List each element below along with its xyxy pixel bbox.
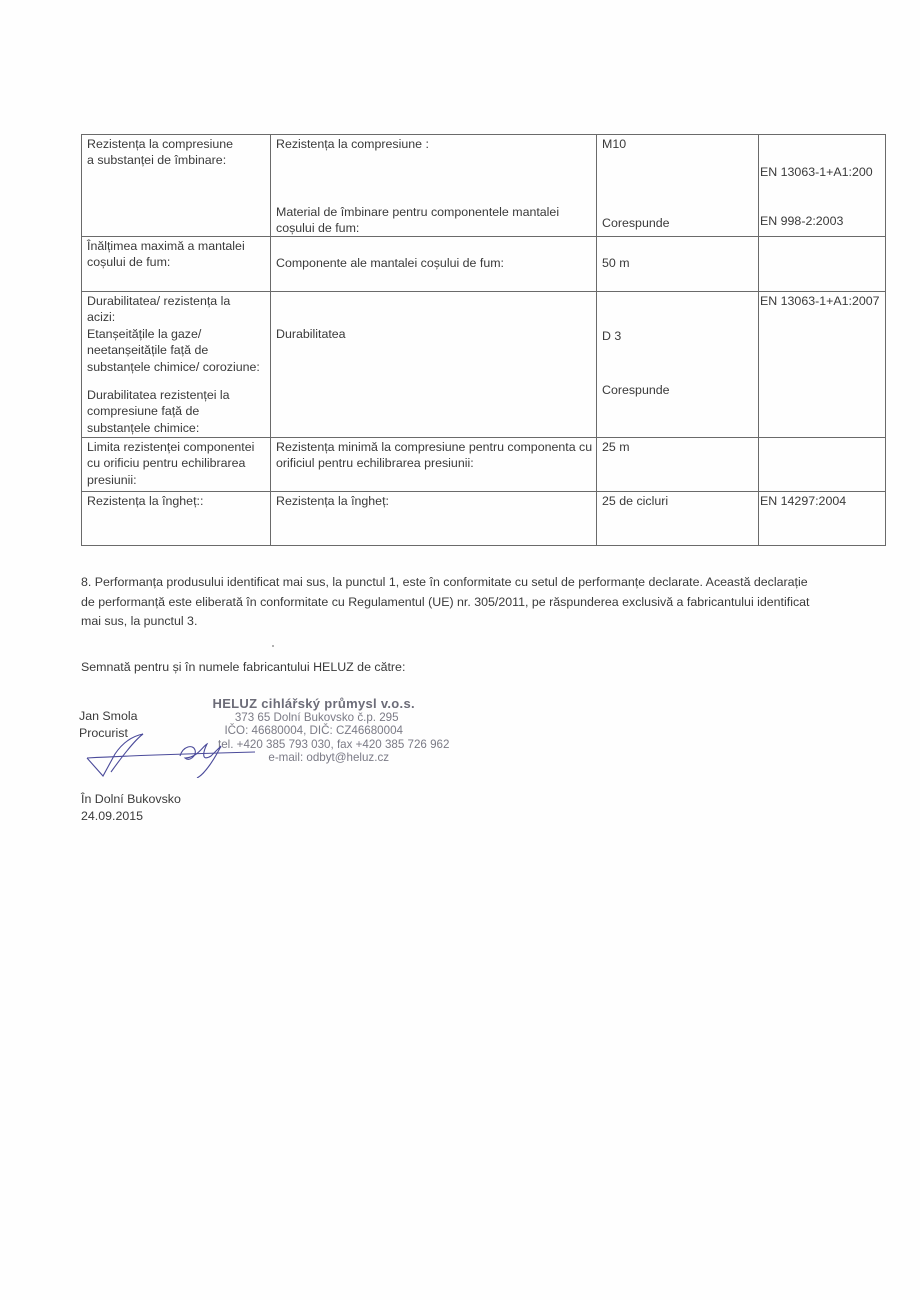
- document-page: Rezistența la compresiune a substanței d…: [0, 0, 920, 1300]
- cell-text: acizi:: [87, 309, 265, 325]
- paragraph-line: de performanță este eliberată în conform…: [81, 593, 861, 613]
- paragraph-line: mai sus, la punctul 3.: [81, 612, 861, 632]
- cell-text: neetanșeitățile față de: [87, 342, 265, 358]
- table-row: Limita rezistenței componentei cu orific…: [82, 438, 886, 492]
- stamp-company: HELUZ cihlářský průmysl v.o.s.: [178, 697, 449, 711]
- value-cell: D 3 Corespunde: [597, 292, 759, 438]
- cell-text: Limita rezistenței componentei: [87, 439, 265, 455]
- cell-text: EN 13063-1+A1:2007: [760, 293, 880, 309]
- cell-text: presiunii:: [87, 472, 265, 488]
- paragraph-line: 8. Performanța produsului identificat ma…: [81, 573, 861, 593]
- signed-for-text: Semnată pentru și în numele fabricantulu…: [81, 659, 405, 675]
- standard-cell: EN 13063-1+A1:200 EN 998-2:2003: [759, 135, 886, 237]
- standard-cell: [759, 237, 886, 292]
- spec-cell: Rezistența la îngheț:: [271, 492, 597, 546]
- cell-text: Rezistența minimă la compresiune pentru …: [276, 439, 591, 455]
- cell-text: M10: [602, 136, 753, 152]
- value-cell: 25 m: [597, 438, 759, 492]
- table-row: Rezistența la îngheț:: Rezistența la îng…: [82, 492, 886, 546]
- cell-text: Material de îmbinare pentru componentele…: [276, 204, 591, 220]
- spec-cell: Rezistența la compresiune : Material de …: [271, 135, 597, 237]
- declaration-paragraph: 8. Performanța produsului identificat ma…: [81, 573, 861, 632]
- table-row: Durabilitatea/ rezistența la acizi: Etan…: [82, 292, 886, 438]
- cell-text: Durabilitatea/ rezistența la: [87, 293, 265, 309]
- cell-text: Rezistența la compresiune: [87, 136, 265, 152]
- cell-text: compresiune față de: [87, 403, 265, 419]
- cell-text: Rezistența la îngheț:: [276, 493, 591, 509]
- cell-text: a substanței de îmbinare:: [87, 152, 265, 168]
- cell-text: EN 13063-1+A1:200: [760, 164, 880, 180]
- signer-name: Jan Smola: [79, 708, 138, 725]
- standard-cell: EN 14297:2004: [759, 492, 886, 546]
- characteristic-cell: Rezistența la compresiune a substanței d…: [82, 135, 271, 237]
- spec-cell: Rezistența minimă la compresiune pentru …: [271, 438, 597, 492]
- characteristic-cell: Rezistența la îngheț::: [82, 492, 271, 546]
- cell-text: Înălțimea maximă a mantalei: [87, 238, 265, 254]
- characteristic-cell: Înălțimea maximă a mantalei coșului de f…: [82, 237, 271, 292]
- value-cell: 50 m: [597, 237, 759, 292]
- standard-cell: [759, 438, 886, 492]
- cell-text: Componente ale mantalei coșului de fum:: [276, 255, 591, 271]
- cell-text: cu orificiu pentru echilibrarea: [87, 455, 265, 471]
- date: 24.09.2015: [81, 808, 181, 825]
- table-row: Înălțimea maximă a mantalei coșului de f…: [82, 237, 886, 292]
- speck: [272, 645, 274, 647]
- cell-text: Rezistența la compresiune :: [276, 136, 591, 152]
- cell-text: 25 m: [602, 439, 753, 455]
- performance-table: Rezistența la compresiune a substanței d…: [81, 134, 886, 546]
- cell-text: EN 998-2:2003: [760, 213, 880, 229]
- cell-text: substanțele chimice:: [87, 420, 265, 436]
- cell-text: Corespunde: [602, 382, 753, 398]
- stamp-address: 373 65 Dolní Bukovsko č.p. 295: [178, 711, 449, 725]
- spec-cell: Componente ale mantalei coșului de fum:: [271, 237, 597, 292]
- value-cell: 25 de cicluri: [597, 492, 759, 546]
- cell-text: 50 m: [602, 255, 753, 271]
- cell-text: Rezistența la îngheț::: [87, 493, 265, 509]
- spec-cell: Durabilitatea: [271, 292, 597, 438]
- standard-cell: EN 13063-1+A1:2007: [759, 292, 886, 438]
- cell-text: D 3: [602, 328, 753, 344]
- cell-text: coșului de fum:: [276, 220, 591, 236]
- table-row: Rezistența la compresiune a substanței d…: [82, 135, 886, 237]
- cell-text: Durabilitatea rezistenței la: [87, 387, 265, 403]
- cell-text: Corespunde: [602, 215, 753, 231]
- value-cell: M10 Corespunde: [597, 135, 759, 237]
- cell-text: EN 14297:2004: [760, 493, 880, 509]
- cell-text: coșului de fum:: [87, 254, 265, 270]
- cell-text: 25 de cicluri: [602, 493, 753, 509]
- cell-text: Etanșeitățile la gaze/: [87, 326, 265, 342]
- cell-text: Durabilitatea: [276, 326, 591, 342]
- place: În Dolní Bukovsko: [81, 791, 181, 808]
- characteristic-cell: Durabilitatea/ rezistența la acizi: Etan…: [82, 292, 271, 438]
- characteristic-cell: Limita rezistenței componentei cu orific…: [82, 438, 271, 492]
- place-date-block: În Dolní Bukovsko 24.09.2015: [81, 791, 181, 824]
- signature-icon: [85, 728, 265, 778]
- cell-text: substanțele chimice/ coroziune:: [87, 359, 265, 375]
- cell-text: orificiul pentru echilibrarea presiunii:: [276, 455, 591, 471]
